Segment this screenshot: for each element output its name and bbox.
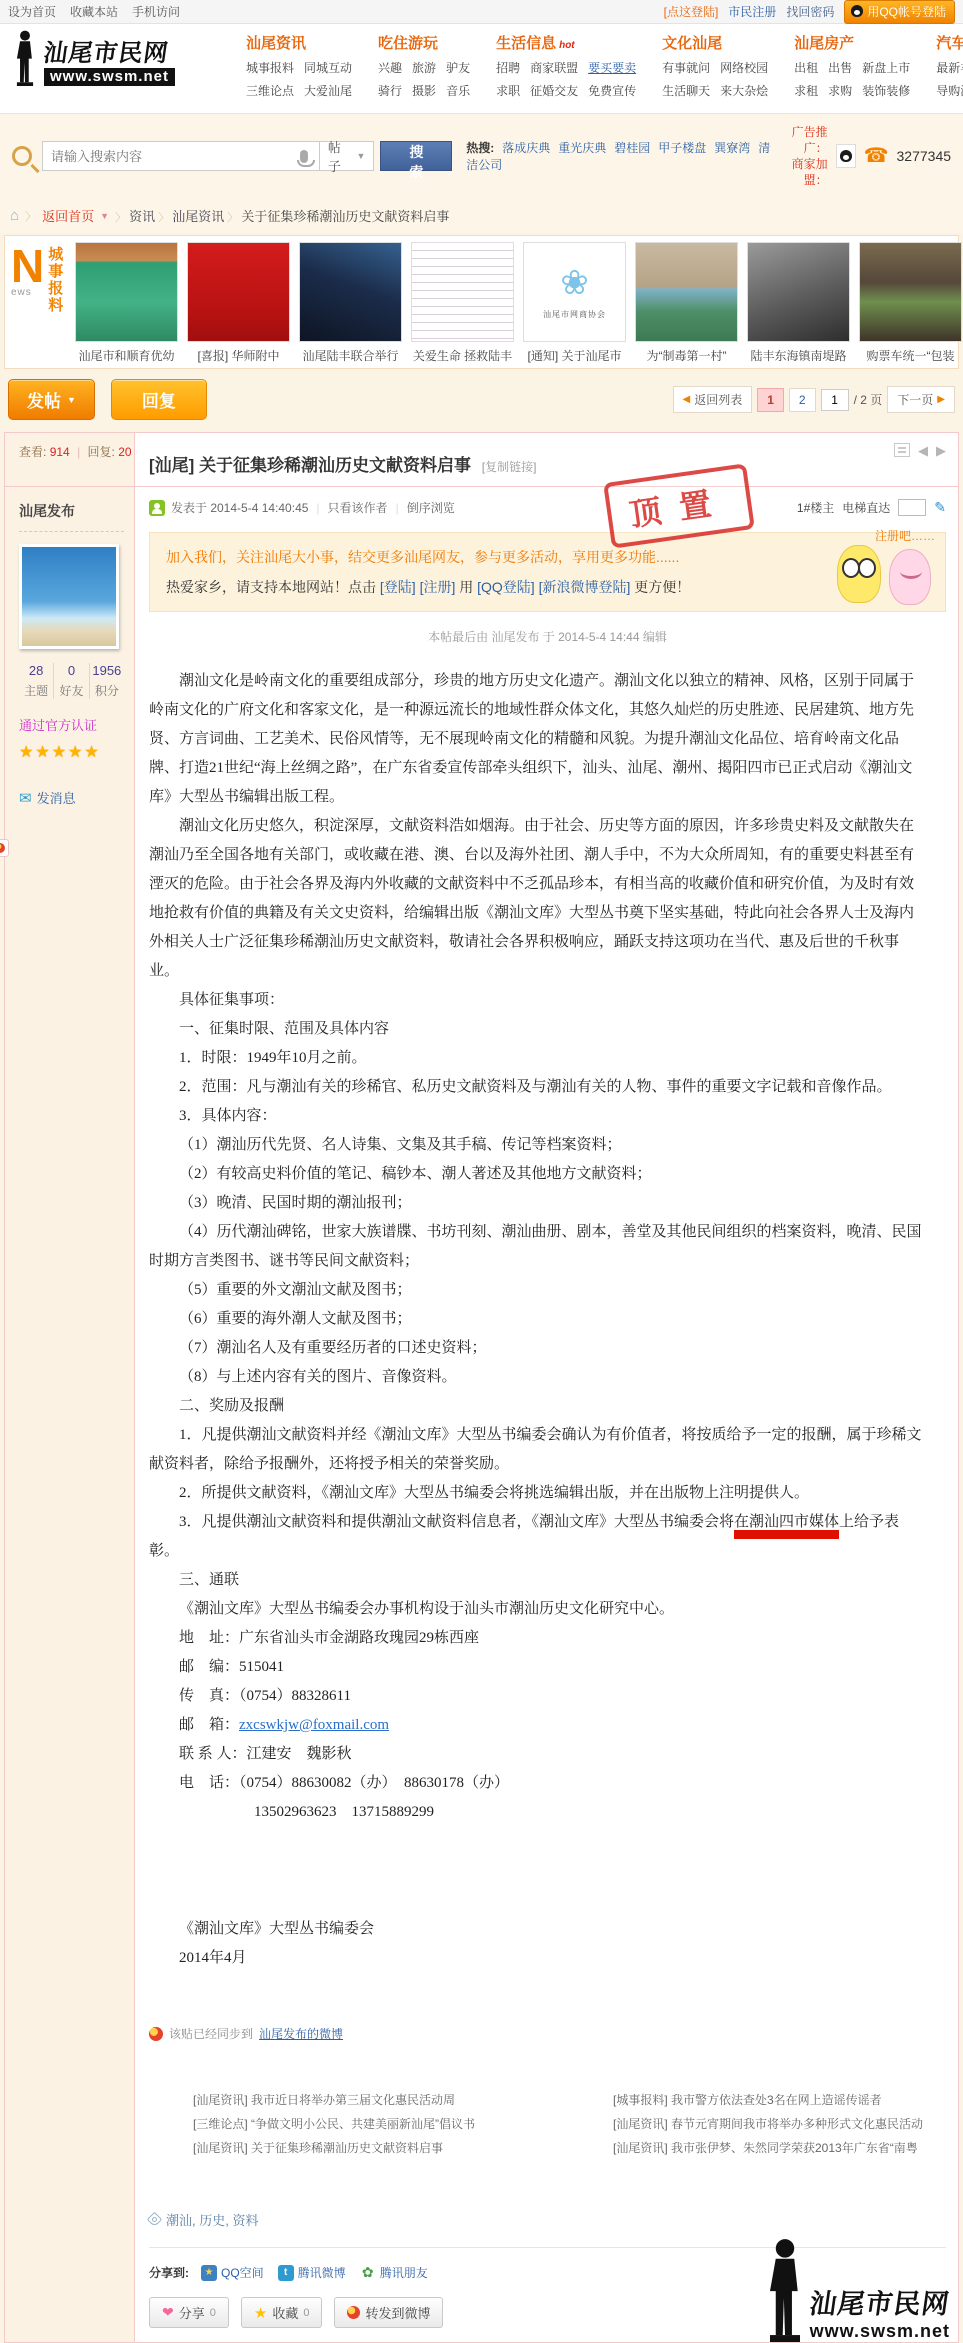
nav-column: 吃住游玩兴趣旅游驴友骑行摄影音乐 xyxy=(378,32,470,105)
qq-penguin-icon xyxy=(840,150,852,162)
qq-penguin-icon xyxy=(851,5,863,17)
site-logo[interactable]: 汕尾市民网 www.swsm.net xyxy=(10,30,228,86)
nav-link[interactable]: 征婚交友 xyxy=(530,82,578,99)
nav-link[interactable]: 城事报料 xyxy=(246,59,294,76)
chevron-down-icon: ▼ xyxy=(67,395,76,405)
carousel-item[interactable]: [喜报] 华师附中 xyxy=(187,242,290,364)
tag-link[interactable]: 资料 xyxy=(233,2213,259,2228)
author-sidebar: 汕尾发布 28主题0好友1956积分 通过官方认证 ★★★★★ ✉发消息 xyxy=(5,487,135,2342)
carousel-item[interactable]: ❀汕尾市网商协会[通知] 关于汕尾市 xyxy=(523,242,626,364)
post-paragraph: 3．具体内容： xyxy=(149,1102,928,1131)
carousel-logo-char: 城 xyxy=(48,246,63,263)
ad-labels: 广告推广： 商家加盟： xyxy=(779,124,828,188)
action-button-label: 收藏 xyxy=(272,2303,298,2322)
footer-site-url: www.swsm.net xyxy=(810,2321,950,2342)
stat-label: 主题 xyxy=(21,682,51,699)
nav-link[interactable]: 有事就问 xyxy=(662,59,710,76)
qzone-icon xyxy=(201,2265,217,2281)
prev-thread-icon[interactable]: ◀ xyxy=(918,443,928,459)
share-label: 分享到: xyxy=(149,2264,189,2281)
hot-search: 热搜:落成庆典重光庆典碧桂园甲子楼盘巽寮湾清洁公司 xyxy=(466,139,779,173)
post-paragraph: 2．范围：凡与潮汕有关的珍稀官、私历史文献资料及与潮汕有关的人物、事件的重要文字… xyxy=(149,1073,928,1102)
search-input[interactable] xyxy=(42,141,320,171)
stat-label: 积分 xyxy=(92,682,122,699)
avatar[interactable] xyxy=(19,544,119,649)
tag-list: 潮汕, 历史, 资料 xyxy=(166,2210,259,2229)
post-paragraph: 潮汕文化是岭南文化的重要组成部分，珍贵的地方历史文化遗产。潮汕文化以独立的精神、… xyxy=(149,667,928,812)
hot-search-link[interactable]: 落成庆典 xyxy=(502,141,550,155)
qq-contact-icon[interactable] xyxy=(836,144,856,168)
author-name[interactable]: 汕尾发布 xyxy=(19,501,124,521)
topbar-link[interactable]: 手机访问 xyxy=(132,5,180,19)
nav-row: 三维论点大爱汕尾 xyxy=(246,82,352,99)
nav-link[interactable]: 免费宣传 xyxy=(588,82,636,99)
search-type-select[interactable]: 帖子▼ xyxy=(320,141,375,171)
thread-header: 查看: 914 | 回复: 20 ◀ ▶ [汕尾] 关于征集珍稀潮汕历史文献资料… xyxy=(5,433,958,487)
arrow-left-icon: ◀ xyxy=(683,394,691,405)
carousel-logo-char: 报 xyxy=(48,280,63,297)
site-header: 汕尾市民网 www.swsm.net 汕尾资讯城事报料同城互动三维论点大爱汕尾吃… xyxy=(0,24,963,113)
share-link-label: 腾讯微博 xyxy=(298,2264,346,2281)
nav-link[interactable]: 旅游 xyxy=(412,59,436,76)
stat-label: 好友 xyxy=(56,682,86,699)
post-paragraph: 1．时限：1949年10月之前。 xyxy=(149,1044,928,1073)
topbar: 设为首页收藏本站手机访问 [点这登陆] 市民注册 找回密码 用QQ帐号登陆 xyxy=(0,0,963,24)
carousel-thumbnail[interactable] xyxy=(187,242,290,342)
ad-line1: 广告推广： xyxy=(779,124,828,156)
hot-search-link[interactable]: 碧桂园 xyxy=(614,141,650,155)
nav-row: 最新车闻香车美女 xyxy=(936,59,963,76)
floor-label: 1#楼主 xyxy=(797,499,834,516)
nav-link[interactable]: 网络校园 xyxy=(720,59,768,76)
nav-link[interactable]: 兴趣 xyxy=(378,59,402,76)
star-icon: ★ xyxy=(19,744,35,761)
breadcrumb-separator: 〉 xyxy=(155,212,172,224)
post-content-area: 顶置 发表于 2014-5-4 14:40:45 | 只看该作者 | 倒序浏览 … xyxy=(135,487,958,2342)
post-paragraph: 2．所提供文献资料，《潮汕文库》大型丛书编委会将挑选编辑出版，并在出版物上注明提… xyxy=(149,1479,928,1508)
page: 设为首页收藏本站手机访问 [点这登陆] 市民注册 找回密码 用QQ帐号登陆 汕尾… xyxy=(0,0,963,2343)
star-icon: ★ xyxy=(68,744,84,761)
post-paragraph: 邮 箱：zxcswkjw@foxmail.com xyxy=(149,1711,928,1740)
carousel-item[interactable]: 为“制毒第一村” xyxy=(635,242,738,364)
nav-row: 出租出售新盘上市 xyxy=(794,59,910,76)
ad-line2: 商家加盟： xyxy=(779,156,828,188)
pagination: ◀返回列表12/ 2 页下一页▶ xyxy=(673,386,956,413)
forgot-password-link[interactable]: 找回密码 xyxy=(786,3,834,20)
register-link[interactable]: 市民注册 xyxy=(728,3,776,20)
flower-logo-icon: ❀ xyxy=(560,265,589,301)
footer-logo: 汕尾市民网 www.swsm.net xyxy=(764,2238,950,2342)
email-link[interactable]: zxcswkjw@foxmail.com xyxy=(239,1717,389,1733)
next-thread-icon[interactable]: ▶ xyxy=(936,443,946,459)
new-post-button[interactable]: 发帖▼ xyxy=(8,379,95,420)
microphone-icon[interactable] xyxy=(300,150,307,163)
home-icon[interactable]: ⌂ xyxy=(10,207,19,224)
star-action-button[interactable]: ★收藏0 xyxy=(241,2297,323,2328)
post-paragraph: （1）潮汕历代先贤、名人诗集、文集及其手稿、传记等档案资料； xyxy=(149,1131,928,1160)
nav-link[interactable]: 导购测评 xyxy=(936,82,963,99)
related-post-link[interactable]: [汕尾资讯] 我市张伊梦、朱然同学荣获2013年广东省“南粤 xyxy=(613,2138,946,2158)
notice-segment-link[interactable]: [QQ登陆] xyxy=(477,579,535,595)
author-stats: 28主题0好友1956积分 xyxy=(19,663,124,699)
carousel-item[interactable]: 汕尾市和顺育优幼 xyxy=(75,242,178,364)
sync-row: 该贴已经同步到 汕尾发布的微博 xyxy=(149,2025,946,2042)
carousel-logo-char: 事 xyxy=(48,263,63,280)
carousel-caption[interactable]: 陆丰东海镇南堤路 xyxy=(747,347,850,364)
topbar-left-links: 设为首页收藏本站手机访问 xyxy=(8,3,194,20)
breadcrumb-item[interactable]: 资讯 xyxy=(129,209,155,224)
tags-row: 潮汕, 历史, 资料 xyxy=(149,2210,946,2229)
nav-link[interactable]: 出租 xyxy=(794,59,818,76)
nav-column: 文化汕尾有事就问网络校园生活聊天来大杂烩 xyxy=(662,32,768,105)
breadcrumb-separator: 〉 xyxy=(25,208,36,224)
page-total-label: / 2 页 xyxy=(854,391,883,408)
nav-row: 有事就问网络校园 xyxy=(662,59,768,76)
post-paragraph: 3．凡提供潮汕文献资料和提供潮汕文献资料信息者，《潮汕文库》大型丛书编委会将在潮… xyxy=(149,1508,928,1566)
post-paragraph: 《潮汕文库》大型丛书编委会 xyxy=(149,1915,928,1944)
share-link-tweibo[interactable]: 腾讯微博 xyxy=(278,2264,346,2281)
carousel-thumbnail[interactable] xyxy=(75,242,178,342)
post-paragraph: 传 真：（0754）88328611 xyxy=(149,1682,928,1711)
view-author-link[interactable]: 只看该作者 xyxy=(328,499,388,516)
views-count: 914 xyxy=(50,445,70,459)
thread-title-cell: ◀ ▶ [汕尾] 关于征集珍稀潮汕历史文献资料启事 [复制链接] xyxy=(135,433,958,486)
mascot-speech: 注册吧…… xyxy=(875,527,935,544)
post-paragraph: 潮汕文化历史悠久，积淀深厚，文献资料浩如烟海。由于社会、历史等方面的原因，许多珍… xyxy=(149,812,928,986)
person-silhouette-icon xyxy=(10,30,40,86)
views-label: 查看: xyxy=(19,445,46,459)
user-icon xyxy=(149,500,165,516)
carousel-logo: News 城事报料 xyxy=(9,242,75,364)
carousel-caption[interactable]: 关爱生命 拯救陆丰 xyxy=(411,347,514,364)
nav-row: 求职征婚交友免费宣传 xyxy=(496,82,636,99)
envelope-icon: ✉ xyxy=(19,789,32,807)
carousel-caption[interactable]: 汕尾市和顺育优幼 xyxy=(75,347,178,364)
nav-column-title[interactable]: 吃住游玩 xyxy=(378,32,470,53)
rating-stars: ★★★★★ xyxy=(19,742,124,762)
action-button-count: 0 xyxy=(303,2307,309,2319)
post-paragraph: （2）有较高史料价值的笔记、稿钞本、潮人著述及其他地方文献资料； xyxy=(149,1160,928,1189)
thread-container: 查看: 914 | 回复: 20 ◀ ▶ [汕尾] 关于征集珍稀潮汕历史文献资料… xyxy=(4,432,959,2343)
carousel-caption[interactable]: 购票车统一“包装 xyxy=(859,347,962,364)
sync-weibo-link[interactable]: 汕尾发布的微博 xyxy=(259,2025,343,2042)
related-post-link[interactable]: [汕尾资讯] 关于征集珍稀潮汕历史文献资料启事 xyxy=(193,2138,583,2158)
carousel-thumbnail[interactable]: ❀汕尾市网商协会 xyxy=(523,242,626,342)
nav-link[interactable]: 音乐 xyxy=(446,82,470,99)
breadcrumb-home[interactable]: 返回首页 xyxy=(42,206,94,225)
post-paragraph: （6）重要的海外潮人文献及图书； xyxy=(149,1305,928,1334)
nav-link[interactable]: 要买要卖 xyxy=(588,59,636,76)
next-page-button[interactable]: 下一页▶ xyxy=(887,386,955,413)
carousel-caption[interactable]: 为“制毒第一村” xyxy=(635,347,738,364)
nav-row: 导购测评进入论坛 xyxy=(936,82,963,99)
breadcrumb-separator: 〉 xyxy=(224,212,241,224)
mascot-pink xyxy=(889,549,931,605)
post-paragraph: 1．凡提供潮汕文献资料并经《潮汕文库》大型丛书编委会确认为有价值者，将按质给予一… xyxy=(149,1421,928,1479)
related-post-link[interactable]: [三维论点] “争做文明小公民、共建美丽新汕尾”倡议书 xyxy=(193,2114,583,2134)
notice-segment: 热爱家乡，请支持本地网站！点击 xyxy=(166,579,380,595)
search-bar: 帖子▼ 搜索 热搜:落成庆典重光庆典碧桂园甲子楼盘巽寮湾清洁公司 广告推广： 商… xyxy=(0,113,963,200)
nav-column: 汕尾房产出租出售新盘上市求租求购装饰装修 xyxy=(794,32,910,105)
nav-column: 汽车频道最新车闻香车美女导购测评进入论坛 xyxy=(936,32,963,105)
post-title: [汕尾] 关于征集珍稀潮汕历史文献资料启事 [复制链接] xyxy=(149,451,946,476)
tfriend-icon xyxy=(360,2265,376,2281)
post-body: 潮汕文化是岭南文化的重要组成部分，珍贵的地方历史文化遗产。潮汕文化以独立的精神、… xyxy=(149,667,946,1973)
action-button-label: 转发到微博 xyxy=(365,2303,430,2322)
back-to-list-label: 返回列表 xyxy=(694,391,742,408)
topbar-link[interactable]: 收藏本站 xyxy=(70,5,118,19)
share-link-tfriend[interactable]: 腾讯朋友 xyxy=(360,2264,428,2281)
nav-link[interactable]: 商家联盟 xyxy=(530,59,578,76)
nav-link[interactable]: 生活聊天 xyxy=(662,82,710,99)
back-to-list-button[interactable]: ◀返回列表 xyxy=(673,386,753,413)
nav-link[interactable]: 求购 xyxy=(828,82,852,99)
post-paragraph: （8）与上述内容有关的图片、音像资料。 xyxy=(149,1363,928,1392)
page-number[interactable]: 1 xyxy=(757,388,784,412)
carousel-logo-n: News xyxy=(11,246,44,360)
hot-badge: hot xyxy=(559,40,575,51)
counter-separator: | xyxy=(73,445,84,459)
tag-comma: , xyxy=(225,2213,232,2228)
page-number[interactable]: 2 xyxy=(789,388,816,412)
notice-line2: 热爱家乡，请支持本地网站！点击 [登陆] [注册] 用 [QQ登陆] [新浪微博… xyxy=(166,577,825,597)
print-icon[interactable] xyxy=(894,443,910,457)
post-paragraph: 联 系 人：江建安 魏影秋 xyxy=(149,1740,928,1769)
logo-text: 汕尾市民网 www.swsm.net xyxy=(44,33,175,86)
site-name: 汕尾市民网 xyxy=(42,33,178,68)
meta-separator: | xyxy=(396,501,399,515)
nav-column: 生活信息hot招聘商家联盟要买要卖求职征婚交友免费宣传 xyxy=(496,32,636,105)
tag-link[interactable]: 潮汕 xyxy=(166,2213,192,2228)
post-meta-row: 发表于 2014-5-4 14:40:45 | 只看该作者 | 倒序浏览 1#楼… xyxy=(149,499,946,516)
footer-logo-text: 汕尾市民网 www.swsm.net xyxy=(810,2282,950,2342)
carousel-thumbnail[interactable] xyxy=(747,242,850,342)
verified-badge: 通过官方认证 xyxy=(19,715,124,734)
carousel-thumbnail[interactable] xyxy=(635,242,738,342)
nav-link[interactable]: 大爱汕尾 xyxy=(304,82,352,99)
chevron-down-icon: ▼ xyxy=(100,211,109,221)
edited-note: 本帖最后由 汕尾发布 于 2014-5-4 14:44 编辑 xyxy=(149,628,946,645)
post-category[interactable]: [汕尾] xyxy=(149,456,194,475)
news-carousel: News 城事报料 汕尾市和顺育优幼[喜报] 华师附中汕尾陆丰联合举行关爱生命 … xyxy=(4,235,959,369)
breadcrumb-separator: 〉 xyxy=(115,212,129,224)
nav-row: 兴趣旅游驴友 xyxy=(378,59,470,76)
notice-segment: 用 xyxy=(455,579,477,595)
share-link-label: 腾讯朋友 xyxy=(380,2264,428,2281)
nav-row: 求租求购装饰装修 xyxy=(794,82,910,99)
mascot-yellow xyxy=(837,545,881,603)
nav-row: 骑行摄影音乐 xyxy=(378,82,470,99)
pencil-icon[interactable]: ✎ xyxy=(934,499,946,516)
carousel-items: 汕尾市和顺育优幼[喜报] 华师附中汕尾陆丰联合举行关爱生命 拯救陆丰❀汕尾市网商… xyxy=(75,242,962,364)
notice-segment-link[interactable]: [新浪微博登陆] xyxy=(539,579,631,595)
qq-login-button[interactable]: 用QQ帐号登陆 xyxy=(844,0,955,24)
carousel-item[interactable]: 关爱生命 拯救陆丰 xyxy=(411,242,514,364)
notice-segment-link[interactable]: [注册] xyxy=(420,579,456,595)
related-post-link[interactable]: [汕尾资讯] 春节元宵期间我市将举办多种形式文化惠民活动 xyxy=(613,2114,946,2134)
weibo-icon xyxy=(347,2306,360,2319)
hot-search-label: 热搜: xyxy=(466,141,494,155)
replies-count: 20 xyxy=(118,445,131,459)
search-button[interactable]: 搜索 xyxy=(380,141,452,171)
star-icon: ★ xyxy=(35,744,51,761)
post-paragraph: 一、征集时限、范围及具体内容 xyxy=(149,1015,928,1044)
share-links: QQ空间腾讯微博腾讯朋友 xyxy=(201,2264,428,2281)
post-paragraph: （5）重要的外文潮汕文献及图书； xyxy=(149,1276,928,1305)
action-row: 发帖▼ 回复 ◀返回列表12/ 2 页下一页▶ xyxy=(0,369,963,432)
nav-row: 生活聊天来大杂烩 xyxy=(662,82,768,99)
stat-value: 1956 xyxy=(92,663,122,678)
nav-link[interactable]: 骑行 xyxy=(378,82,402,99)
related-posts: [汕尾资讯] 我市近日将举办第三届文化惠民活动周[城事报料] 我市警方依法查处3… xyxy=(149,2090,946,2158)
action-button-label: 分享 xyxy=(179,2303,205,2322)
sync-text: 该贴已经同步到 xyxy=(169,2025,253,2042)
post-paragraph: 电 话：（0754）88630082（办） 88630178（办） xyxy=(149,1769,928,1798)
author-stat[interactable]: 28主题 xyxy=(19,663,54,699)
hot-search-link[interactable]: 重光庆典 xyxy=(558,141,606,155)
meta-separator: | xyxy=(316,501,319,515)
search-icon xyxy=(12,146,32,166)
post-paragraph: 地 址：广东省汕头市金湖路玫瑰园29栋西座 xyxy=(149,1624,928,1653)
thread-body: 汕尾发布 28主题0好友1956积分 通过官方认证 ★★★★★ ✉发消息 顶置 … xyxy=(5,487,958,2342)
hot-search-link[interactable]: 甲子楼盘 xyxy=(658,141,706,155)
thread-counters: 查看: 914 | 回复: 20 xyxy=(5,433,135,486)
post-paragraph: （4）历代潮汕碑铭，世家大族谱牒、书坊刊刻、潮汕曲册、剧本，善堂及其他民间组织的… xyxy=(149,1218,928,1276)
nav-link[interactable]: 驴友 xyxy=(446,59,470,76)
post-paragraph: （3）晚清、民国时期的潮汕报刊； xyxy=(149,1189,928,1218)
thread-tools: ◀ ▶ xyxy=(894,443,946,459)
nav-link[interactable]: 出售 xyxy=(828,59,852,76)
carousel-thumbnail[interactable] xyxy=(299,242,402,342)
nav-link[interactable]: 三维论点 xyxy=(246,82,294,99)
heart-action-button[interactable]: ❤分享0 xyxy=(149,2297,229,2328)
contact-phone: 3277345 xyxy=(897,148,952,164)
sort-mode-link[interactable]: 倒序浏览 xyxy=(407,499,455,516)
post-paragraph: 具体征集事项： xyxy=(149,986,928,1015)
footer-site-name: 汕尾市民网 xyxy=(807,2282,953,2321)
carousel-thumbnail[interactable] xyxy=(411,242,514,342)
stat-value: 28 xyxy=(21,663,51,678)
weibo-action-button[interactable]: 转发到微博 xyxy=(334,2297,443,2328)
carousel-caption[interactable]: 汕尾陆丰联合举行 xyxy=(299,347,402,364)
person-silhouette-icon xyxy=(764,2238,806,2342)
breadcrumb-items: 〉 资讯 〉 汕尾资讯 〉 关于征集珍稀潮汕历史文献资料启事 xyxy=(115,206,449,225)
post-paragraph: 邮 编：515041 xyxy=(149,1653,928,1682)
nav-link[interactable]: 新盘上市 xyxy=(862,59,910,76)
send-message-link[interactable]: ✉发消息 xyxy=(19,788,124,807)
topbar-link[interactable]: 设为首页 xyxy=(8,5,56,19)
nav-column-title[interactable]: 汕尾房产 xyxy=(794,32,910,53)
post-paragraph: 13502963623 13715889299 xyxy=(149,1798,928,1827)
tag-link[interactable]: 历史 xyxy=(199,2213,225,2228)
nav-link[interactable]: 来大杂烩 xyxy=(720,82,768,99)
red-underline-text: 在潮汕四市媒体 xyxy=(734,1514,839,1530)
main-navigation: 汕尾资讯城事报料同城互动三维论点大爱汕尾吃住游玩兴趣旅游驴友骑行摄影音乐生活信息… xyxy=(246,30,963,105)
nav-column-title[interactable]: 文化汕尾 xyxy=(662,32,768,53)
nav-row: 城事报料同城互动 xyxy=(246,59,352,76)
nav-link[interactable]: 装饰装修 xyxy=(862,82,910,99)
page-jump-input[interactable] xyxy=(821,389,849,411)
nav-link[interactable]: 摄影 xyxy=(412,82,436,99)
breadcrumb-item[interactable]: 汕尾资讯 xyxy=(172,209,224,224)
carousel-logo-vertical: 城事报料 xyxy=(48,246,63,360)
star-icon: ★ xyxy=(52,744,68,761)
nav-column-title[interactable]: 汕尾资讯 xyxy=(246,32,352,53)
related-post-link[interactable]: [汕尾资讯] 我市近日将举办第三届文化惠民活动周 xyxy=(193,2090,583,2110)
thumbnail-text: 汕尾市网商协会 xyxy=(543,309,606,320)
nav-link[interactable]: 最新车闻 xyxy=(936,59,963,76)
share-link-label: QQ空间 xyxy=(221,2264,264,2281)
carousel-caption[interactable]: [通知] 关于汕尾市 xyxy=(523,347,626,364)
arrow-right-icon: ▶ xyxy=(937,394,945,405)
notice-line1: 加入我们，关注汕尾大小事，结交更多汕尾网友，参与更多活动，享用更多功能.....… xyxy=(166,547,825,567)
weibo-share-icon[interactable] xyxy=(0,839,9,857)
post-title-text: 关于征集珍稀潮汕历史文献资料启事 xyxy=(199,456,471,475)
nav-column-title[interactable]: 生活信息hot xyxy=(496,32,636,53)
nav-column: 汕尾资讯城事报料同城互动三维论点大爱汕尾 xyxy=(246,32,352,105)
posted-at: 发表于 2014-5-4 14:40:45 xyxy=(171,499,308,516)
next-page-label: 下一页 xyxy=(897,391,933,408)
stat-value: 0 xyxy=(56,663,86,678)
heart-icon: ❤ xyxy=(162,2304,174,2321)
replies-label: 回复: xyxy=(88,445,115,459)
post-paragraph: 三、通联 xyxy=(149,1566,928,1595)
nav-link[interactable]: 同城互动 xyxy=(304,59,352,76)
join-notice-box: 加入我们，关注汕尾大小事，结交更多汕尾网友，参与更多活动，享用更多功能.....… xyxy=(149,532,946,612)
action-button-count: 0 xyxy=(210,2307,216,2319)
author-stat[interactable]: 1956积分 xyxy=(90,663,124,699)
weibo-icon xyxy=(149,2027,163,2041)
author-stat[interactable]: 0好友 xyxy=(54,663,89,699)
share-link-qzone[interactable]: QQ空间 xyxy=(201,2264,264,2281)
post-paragraph: 二、奖励及报酬 xyxy=(149,1392,928,1421)
carousel-thumbnail[interactable] xyxy=(859,242,962,342)
mascots: 注册吧…… xyxy=(831,527,939,613)
nav-column-title[interactable]: 汽车频道 xyxy=(936,32,963,53)
topbar-right-links: [点这登陆] 市民注册 找回密码 用QQ帐号登陆 xyxy=(664,0,955,24)
meta-right: 1#楼主 电梯直达 ✎ xyxy=(797,499,946,516)
hot-search-link[interactable]: 巽寮湾 xyxy=(714,141,750,155)
divider xyxy=(19,531,124,532)
carousel-item[interactable]: 购票车统一“包装 xyxy=(859,242,962,364)
login-link[interactable]: [点这登陆] xyxy=(664,3,719,20)
carousel-caption[interactable]: [喜报] 华师附中 xyxy=(187,347,290,364)
breadcrumb: ⌂ 〉 返回首页 ▼ 〉 资讯 〉 汕尾资讯 〉 关于征集珍稀潮汕历史文献资料启… xyxy=(0,200,963,233)
post-paragraph: 《潮汕文库》大型丛书编委会办事机构设于汕头市潮汕历史文化研究中心。 xyxy=(149,1595,928,1624)
carousel-logo-char: 料 xyxy=(48,297,63,314)
carousel-item[interactable]: 陆丰东海镇南堤路 xyxy=(747,242,850,364)
elevator-input[interactable] xyxy=(898,499,926,516)
nav-link[interactable]: 招聘 xyxy=(496,59,520,76)
breadcrumb-item: 关于征集珍稀潮汕历史文献资料启事 xyxy=(241,209,449,224)
related-post-link[interactable]: [城事报料] 我市警方依法查处3名在网上造谣传谣者 xyxy=(613,2090,946,2110)
nav-link[interactable]: 求租 xyxy=(794,82,818,99)
tweibo-icon xyxy=(278,2265,294,2281)
carousel-item[interactable]: 汕尾陆丰联合举行 xyxy=(299,242,402,364)
star-icon: ★ xyxy=(254,2304,267,2322)
chevron-down-icon: ▼ xyxy=(357,151,366,161)
reply-button[interactable]: 回复 xyxy=(111,379,207,420)
nav-link[interactable]: 求职 xyxy=(496,82,520,99)
ad-block: 广告推广： 商家加盟： ☎ 3277345 xyxy=(779,124,951,188)
notice-segment: 更方便！ xyxy=(630,579,690,595)
tag-icon xyxy=(147,2212,163,2228)
post-paragraph: （7）潮汕名人及有重要经历者的口述史资料； xyxy=(149,1334,928,1363)
hot-search-links: 落成庆典重光庆典碧桂园甲子楼盘巽寮湾清洁公司 xyxy=(466,141,770,172)
notice-segment-link[interactable]: [登陆] xyxy=(380,579,416,595)
post-paragraph: 2014年4月 xyxy=(149,1944,928,1973)
copy-link[interactable]: [复制链接] xyxy=(482,460,537,474)
